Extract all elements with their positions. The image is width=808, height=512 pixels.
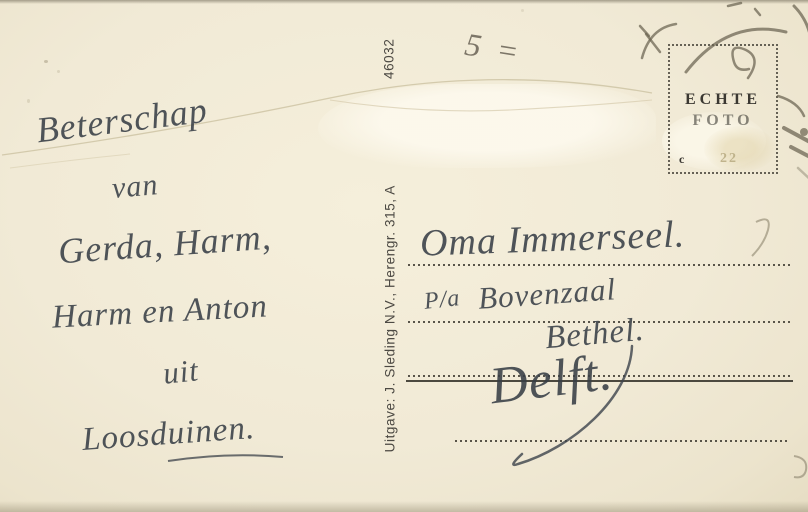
address-care-of: P/a	[423, 286, 462, 314]
card-number: 46032	[382, 27, 396, 91]
address-line-2: Bovenzaal	[477, 273, 617, 314]
postmark-scribble-icon	[628, 0, 808, 195]
message-line-4: Harm en Anton	[51, 290, 268, 334]
card-bottom-edge	[0, 501, 808, 512]
edge-pencil-mark	[786, 452, 808, 480]
address-line-1: Oma Immerseel.	[419, 215, 685, 262]
address-rule-1	[408, 264, 790, 266]
message-line-3: Gerda, Harm,	[57, 219, 273, 270]
paper-speck	[57, 70, 60, 73]
paper-speck	[521, 9, 524, 12]
price-note: 5 =	[463, 28, 525, 69]
message-underline-flourish	[165, 450, 287, 464]
paper-speck	[44, 60, 48, 63]
delft-descender-flourish	[480, 338, 680, 478]
postcard-back: Beterschap van Gerda, Harm, Harm en Anto…	[0, 0, 808, 512]
publisher-imprint: Uitgave: J. Sleding N.V., Herengr. 315, …	[383, 159, 397, 479]
message-line-5: uit	[161, 354, 200, 389]
paper-speck	[27, 99, 30, 103]
pencil-stray-mark	[744, 214, 784, 259]
message-line-2: van	[111, 170, 160, 204]
